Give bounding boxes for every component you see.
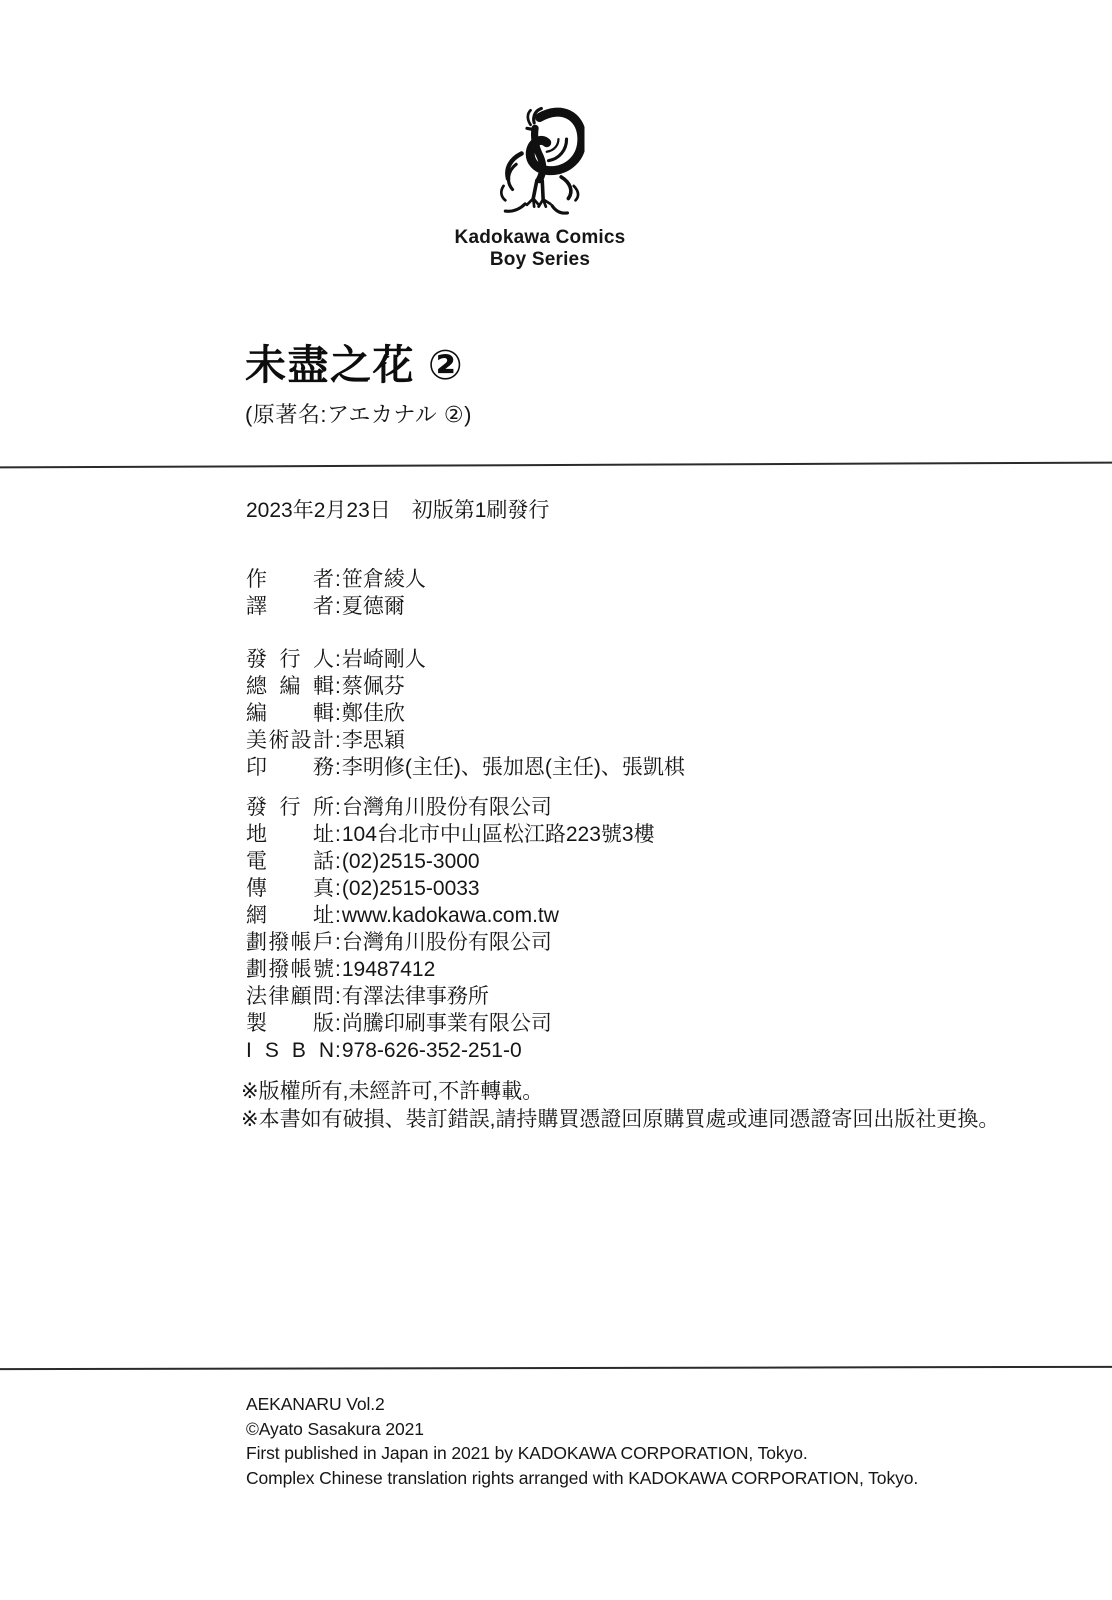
- postal-number-label: 劃撥帳號: [246, 956, 334, 983]
- rights-notes: ※版權所有,未經許可,不許轉載。 ※本書如有破損、裝訂錯誤,請持購買憑證回原購買…: [241, 1078, 999, 1134]
- editor-value: 鄭佳欣: [342, 700, 405, 727]
- book-title: 未盡之花 ②: [245, 342, 472, 389]
- phone-value: (02)2515-3000: [342, 848, 480, 875]
- publisher-person-row: 發行人:岩崎剛人: [246, 646, 685, 673]
- publisher-info-group: 發行所:台灣角川股份有限公司 地址:104台北市中山區松江路223號3樓 電話:…: [246, 794, 655, 1064]
- original-title: (原著名:アエカナル ②): [245, 398, 472, 429]
- chief-editor-label: 總編輯: [246, 673, 334, 700]
- copyright-block: AEKANARU Vol.2 ©Ayato Sasakura 2021 Firs…: [246, 1392, 918, 1490]
- isbn-row: I S B N:978-626-352-251-0: [246, 1037, 655, 1064]
- credits-staff-group: 發行人:岩崎剛人 總編輯:蔡佩芬 編輯:鄭佳欣 美術設計:李思穎 印務:李明修(…: [246, 646, 685, 781]
- copyright-first-published-line: First published in Japan in 2021 by KADO…: [246, 1441, 918, 1466]
- rights-note-2: ※本書如有破損、裝訂錯誤,請持購買憑證回原購買處或連同憑證寄回出版社更換。: [241, 1106, 999, 1134]
- colon: :: [334, 593, 342, 620]
- colon: :: [334, 848, 342, 875]
- author-value: 笹倉綾人: [342, 566, 426, 593]
- edition-date: 2023年2月23日 初版第1刷發行: [246, 494, 549, 524]
- colon: :: [334, 983, 342, 1010]
- postal-number-row: 劃撥帳號:19487412: [246, 956, 655, 983]
- fax-label: 傳真: [246, 875, 334, 902]
- divider-bottom: [0, 1366, 1112, 1370]
- copyright-translation-rights-line: Complex Chinese translation rights arran…: [246, 1466, 918, 1491]
- legal-advisor-row: 法律顧問:有澤法律事務所: [246, 983, 655, 1010]
- plate-making-label: 製版: [246, 1010, 334, 1037]
- legal-advisor-value: 有澤法律事務所: [342, 983, 489, 1010]
- title-block: 未盡之花 ② (原著名:アエカナル ②): [245, 342, 472, 429]
- colon: :: [334, 794, 342, 821]
- plate-making-value: 尚騰印刷事業有限公司: [342, 1010, 552, 1037]
- author-label: 作者: [246, 566, 334, 593]
- editor-label: 編輯: [246, 700, 334, 727]
- divider-top: [0, 462, 1112, 469]
- colon: :: [334, 875, 342, 902]
- website-value: www.kadokawa.com.tw: [342, 902, 559, 929]
- editor-row: 編輯:鄭佳欣: [246, 700, 685, 727]
- phoenix-icon: [495, 103, 585, 222]
- postal-account-value: 台灣角川股份有限公司: [342, 929, 552, 956]
- address-label: 地址: [246, 821, 334, 848]
- postal-number-value: 19487412: [342, 956, 435, 983]
- printing-label: 印務: [246, 754, 334, 781]
- colon: :: [334, 1037, 342, 1064]
- website-row: 網址:www.kadokawa.com.tw: [246, 902, 655, 929]
- phone-label: 電話: [246, 848, 334, 875]
- publishing-house-label: 發行所: [246, 794, 334, 821]
- publishing-house-value: 台灣角川股份有限公司: [342, 794, 552, 821]
- printing-value: 李明修(主任)、張加恩(主任)、張凱棋: [342, 754, 685, 781]
- colon: :: [334, 754, 342, 781]
- legal-advisor-label: 法律顧問: [246, 983, 334, 1010]
- art-design-row: 美術設計:李思穎: [246, 727, 685, 754]
- copyright-title-line: AEKANARU Vol.2: [246, 1392, 918, 1417]
- translator-label: 譯者: [246, 593, 334, 620]
- plate-making-row: 製版:尚騰印刷事業有限公司: [246, 1010, 655, 1037]
- logo-series-line2: Boy Series: [455, 249, 626, 271]
- printing-row: 印務:李明修(主任)、張加恩(主任)、張凱棋: [246, 754, 685, 781]
- colon: :: [334, 566, 342, 593]
- isbn-value: 978-626-352-251-0: [342, 1037, 522, 1064]
- colon: :: [334, 727, 342, 754]
- colon: :: [334, 646, 342, 673]
- publisher-person-label: 發行人: [246, 646, 334, 673]
- isbn-label: I S B N: [246, 1037, 334, 1064]
- publishing-house-row: 發行所:台灣角川股份有限公司: [246, 794, 655, 821]
- address-value: 104台北市中山區松江路223號3樓: [342, 821, 655, 848]
- phone-row: 電話:(02)2515-3000: [246, 848, 655, 875]
- translator-row: 譯者:夏德爾: [246, 593, 426, 620]
- colophon-page: Kadokawa Comics Boy Series 未盡之花 ② (原著名:ア…: [0, 0, 1112, 1600]
- rights-note-1: ※版權所有,未經許可,不許轉載。: [241, 1078, 999, 1106]
- colon: :: [334, 929, 342, 956]
- fax-row: 傳真:(02)2515-0033: [246, 875, 655, 902]
- website-label: 網址: [246, 902, 334, 929]
- copyright-author-line: ©Ayato Sasakura 2021: [246, 1417, 918, 1442]
- translator-value: 夏德爾: [342, 593, 405, 620]
- address-row: 地址:104台北市中山區松江路223號3樓: [246, 821, 655, 848]
- colon: :: [334, 673, 342, 700]
- art-design-label: 美術設計: [246, 727, 334, 754]
- author-row: 作者:笹倉綾人: [246, 566, 426, 593]
- chief-editor-row: 總編輯:蔡佩芬: [246, 673, 685, 700]
- credits-author-group: 作者:笹倉綾人 譯者:夏德爾: [246, 566, 426, 620]
- publisher-person-value: 岩崎剛人: [342, 646, 426, 673]
- publisher-logo-block: Kadokawa Comics Boy Series: [455, 103, 626, 271]
- chief-editor-value: 蔡佩芬: [342, 673, 405, 700]
- colon: :: [334, 821, 342, 848]
- colon: :: [334, 902, 342, 929]
- colon: :: [334, 1010, 342, 1037]
- logo-series-line1: Kadokawa Comics: [455, 227, 626, 249]
- colon: :: [334, 956, 342, 983]
- fax-value: (02)2515-0033: [342, 875, 480, 902]
- colon: :: [334, 700, 342, 727]
- art-design-value: 李思穎: [342, 727, 405, 754]
- postal-account-row: 劃撥帳戶:台灣角川股份有限公司: [246, 929, 655, 956]
- postal-account-label: 劃撥帳戶: [246, 929, 334, 956]
